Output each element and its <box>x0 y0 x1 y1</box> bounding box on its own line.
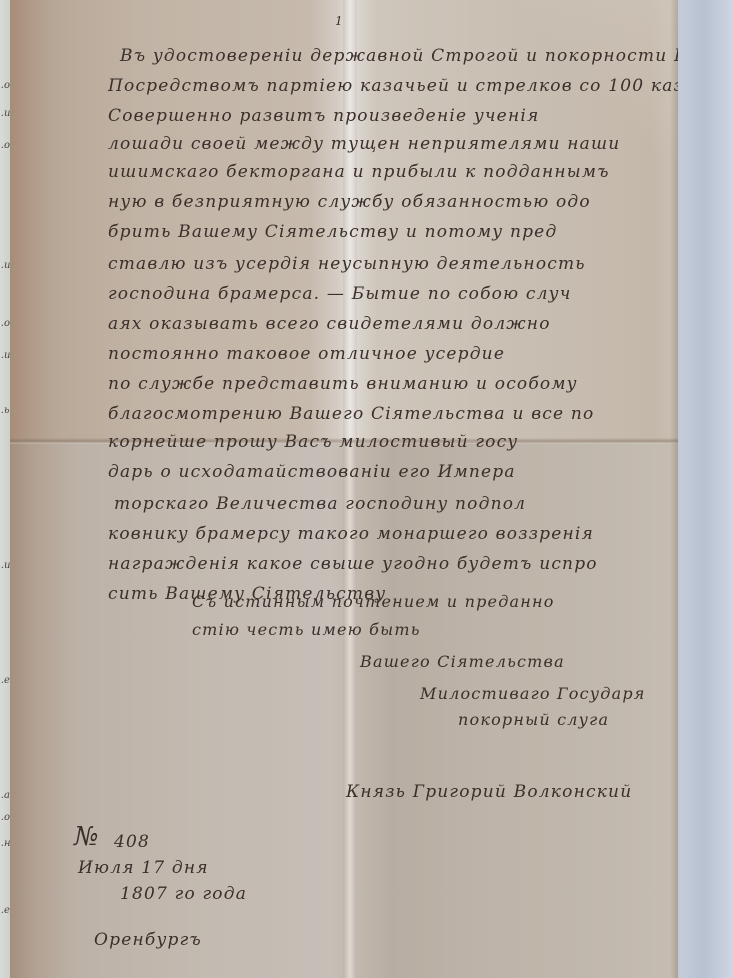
body-line: брить Вашему Сiятельству и потому пред <box>108 222 557 242</box>
letter-sheet: 1 Въ удостоверенiи державной Строгой и п… <box>10 0 678 978</box>
body-line: ставлю изъ усердiя неусыпную деятельност… <box>108 254 586 274</box>
paper-edge-shadow <box>670 0 678 978</box>
body-line: благосмотрению Вашего Сiятельства и все … <box>108 404 594 424</box>
registry-number-sign: № <box>74 822 100 852</box>
body-line: корнейше прошу Васъ милостивый госу <box>108 432 518 452</box>
closing-line: покорный слуга <box>458 710 609 729</box>
fragment-text: …и <box>0 260 10 271</box>
fragment-text: …и <box>0 560 10 571</box>
closing-line: стiю честь имею быть <box>192 620 421 639</box>
registry-number: 408 <box>114 832 150 852</box>
body-line: господина брамерса. — Бытие по собою слу… <box>108 284 571 304</box>
registry-date: Июля 17 дня <box>78 858 209 878</box>
body-line: ную в безприятную службу обязанностью од… <box>108 192 591 212</box>
body-line: Посредствомъ партiею казачьей и стрелков… <box>108 76 678 96</box>
fragment-text: …ь <box>0 405 9 416</box>
closing-line: Вашего Сiятельства <box>360 652 565 671</box>
page-mark: 1 <box>335 14 344 28</box>
body-line: аях оказывать всего свидетелями должно <box>108 314 551 334</box>
registry-year: 1807 го года <box>120 884 247 904</box>
closing-line: Съ истинным почтением и преданно <box>192 592 555 611</box>
fragment-text: …о <box>0 318 10 329</box>
body-line: лошади своей между тущен неприятелями на… <box>108 134 620 154</box>
fragment-text: …о <box>0 140 10 151</box>
body-line: дарь о исходатайствованiи его Импера <box>108 462 516 482</box>
body-line: по службе представить вниманию и особому <box>108 374 578 394</box>
body-line: постоянно таковое отличное усердие <box>108 344 505 364</box>
body-line: ишимскаго бекторгана и прибыли к подданн… <box>108 162 610 182</box>
body-line: торскаго Величества господину подпол <box>114 494 526 514</box>
body-line: ковнику брамерсу такого монаршего воззре… <box>108 524 594 544</box>
registry-place: Оренбургъ <box>94 930 202 950</box>
body-line: Въ удостоверенiи державной Строгой и пок… <box>120 46 678 66</box>
signature: Князь Григорий Волконский <box>346 782 632 802</box>
body-line: награжденiя какое свыше угодно будетъ ис… <box>108 554 598 574</box>
body-line: Совершенно развитъ произведенiе ученiя <box>108 106 539 126</box>
closing-line: Милостиваго Государя <box>420 684 646 703</box>
